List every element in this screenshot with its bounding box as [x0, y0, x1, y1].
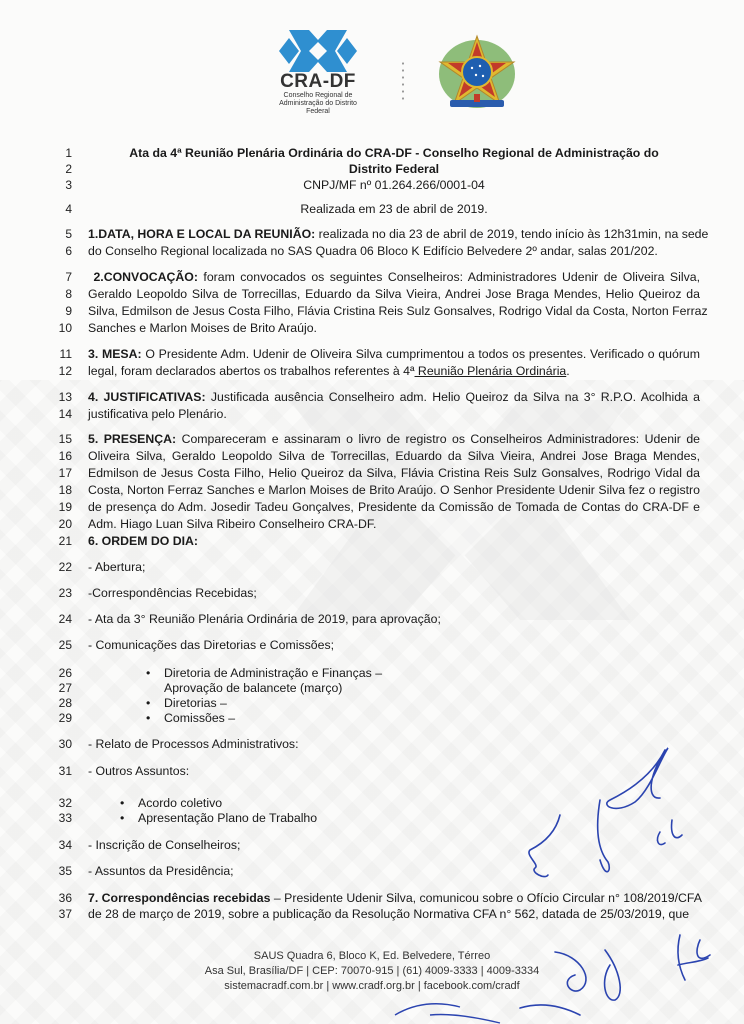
agenda-item: - Comunicações das Diretorias e Comissõe…	[88, 638, 700, 652]
paragraph-text: realizada no dia 23 de abril de 2019, te…	[315, 227, 708, 241]
title-line-2: Distrito Federal	[88, 162, 700, 176]
paragraph-text: – Presidente Udenir Silva, comunicou sob…	[270, 891, 701, 905]
paragraph-text: Oliveira Silva, Geraldo Leopoldo Silva d…	[88, 449, 700, 463]
line-number: 10	[50, 321, 72, 335]
section-4-heading: 4. JUSTIFICATIVAS:	[88, 390, 206, 404]
line-number: 20	[50, 517, 72, 531]
header-separator	[401, 60, 405, 100]
line-number: 3	[50, 178, 72, 192]
agenda-item: - Outros Assuntos:	[88, 764, 700, 778]
agenda-sub-item: Apresentação Plano de Trabalho	[138, 811, 317, 825]
line-number: 24	[50, 612, 72, 626]
letterhead: CRA-DF Conselho Regional de Administraçã…	[0, 28, 744, 128]
section-3-heading: 3. MESA:	[88, 347, 142, 361]
section-7-heading: 7. Correspondências recebidas	[88, 891, 270, 905]
section-2-heading: 2.CONVOCAÇÃO:	[93, 270, 198, 284]
line-number: 2	[50, 162, 72, 176]
line-number: 31	[50, 764, 72, 778]
paragraph-text: foram convocados os seguintes Conselheir…	[198, 270, 700, 284]
line-number: 1	[50, 146, 72, 160]
line-number: 22	[50, 560, 72, 574]
paragraph-text: Justificada ausência Conselheiro adm. He…	[206, 390, 700, 404]
line-number: 8	[50, 287, 72, 301]
line-number: 17	[50, 466, 72, 480]
section-1-heading: 1.DATA, HORA E LOCAL DA REUNIÃO:	[88, 227, 315, 241]
logo-subtitle-2: Administração do Distrito Federal	[270, 100, 366, 116]
line-number: 30	[50, 737, 72, 751]
agenda-item: -Correspondências Recebidas;	[88, 586, 700, 600]
footer-contact: Asa Sul, Brasília/DF | CEP: 70070-915 | …	[0, 965, 744, 977]
paragraph-text: Edmilson de Jesus Costa Filho, Helio Que…	[88, 466, 700, 480]
title-line-1: Ata da 4ª Reunião Plenária Ordinária do …	[88, 146, 700, 160]
line-number: 6	[50, 244, 72, 258]
line-number: 13	[50, 390, 72, 404]
line-number: 37	[50, 907, 72, 921]
line-number: 33	[50, 811, 72, 825]
footer-links: sistemacradf.com.br | www.cradf.org.br |…	[0, 980, 744, 992]
paragraph-text: do Conselho Regional localizada no SAS Q…	[88, 244, 700, 258]
agenda-sub-item: Diretoria de Administração e Finanças –	[164, 666, 382, 680]
paragraph-text: justificativa pelo Plenário.	[88, 407, 700, 421]
agenda-sub-item: Comissões –	[164, 711, 235, 725]
cnpj: CNPJ/MF nº 01.264.266/0001-04	[88, 178, 700, 192]
underlined-text: Reunião Plenária Ordinária	[415, 364, 567, 378]
line-number: 18	[50, 483, 72, 497]
line-number: 28	[50, 696, 72, 710]
agenda-sub-item-continuation: Aprovação de balancete (março)	[164, 681, 342, 695]
line-number: 26	[50, 666, 72, 680]
meeting-date: Realizada em 23 de abril de 2019.	[88, 202, 700, 216]
line-number: 19	[50, 500, 72, 514]
line-number: 32	[50, 796, 72, 810]
line-number: 7	[50, 270, 72, 284]
agenda-item: - Assuntos da Presidência;	[88, 864, 700, 878]
paragraph-text: legal, foram declarados abertos os traba…	[88, 364, 415, 378]
paragraph-text: de 28 de março de 2019, sobre a publicaç…	[88, 907, 708, 921]
line-number: 15	[50, 432, 72, 446]
line-number: 11	[50, 347, 72, 361]
cra-df-logo-mark-icon	[279, 30, 357, 72]
footer-address: SAUS Quadra 6, Bloco K, Ed. Belvedere, T…	[0, 950, 744, 962]
line-number: 23	[50, 586, 72, 600]
line-number: 21	[50, 534, 72, 548]
paragraph-text: Costa, Norton Ferraz Sanches e Marlon Mo…	[88, 483, 700, 497]
line-number: 14	[50, 407, 72, 421]
logo-subtitle-1: Conselho Regional de	[270, 92, 366, 100]
logo-text: CRA-DF	[270, 72, 366, 92]
agenda-sub-item: Diretorias –	[164, 696, 227, 710]
paragraph-text: de presença do Adm. Josedir Tadeu Gonçal…	[88, 500, 700, 514]
agenda-item: - Ata da 3° Reunião Plenária Ordinária d…	[88, 612, 700, 626]
line-number: 9	[50, 304, 72, 318]
line-number: 5	[50, 227, 72, 241]
line-number: 35	[50, 864, 72, 878]
handwritten-signature-bottom	[390, 995, 520, 1024]
cra-df-logo: CRA-DF Conselho Regional de Administraçã…	[270, 30, 366, 122]
section-6-heading: 6. ORDEM DO DIA:	[88, 534, 198, 548]
line-number: 27	[50, 681, 72, 695]
paragraph-text: Adm. Hiago Luan Silva Ribeiro Conselheir…	[88, 517, 700, 531]
brazil-coat-of-arms-icon	[434, 32, 520, 114]
paragraph-text: Silva, Edmilson de Jesus Costa Filho, Fl…	[88, 304, 700, 318]
paragraph-text: O Presidente Adm. Udenir de Oliveira Sil…	[142, 347, 700, 361]
line-number: 36	[50, 891, 72, 905]
agenda-item: - Relato de Processos Administrativos:	[88, 737, 700, 751]
line-number: 16	[50, 449, 72, 463]
paragraph-text: Compareceram e assinaram o livro de regi…	[176, 432, 700, 446]
paragraph-text: Sanches e Marlon Moises de Brito Araújo.	[88, 321, 700, 335]
line-number: 34	[50, 838, 72, 852]
section-5-heading: 5. PRESENÇA:	[88, 432, 176, 446]
line-number: 25	[50, 638, 72, 652]
agenda-sub-item: Acordo coletivo	[138, 796, 222, 810]
line-number: 4	[50, 202, 72, 216]
line-number: 12	[50, 364, 72, 378]
agenda-item: - Abertura;	[88, 560, 700, 574]
paragraph-text: Geraldo Leopoldo Silva de Torrecillas, E…	[88, 287, 700, 301]
line-number: 29	[50, 711, 72, 725]
agenda-item: - Inscrição de Conselheiros;	[88, 838, 700, 852]
